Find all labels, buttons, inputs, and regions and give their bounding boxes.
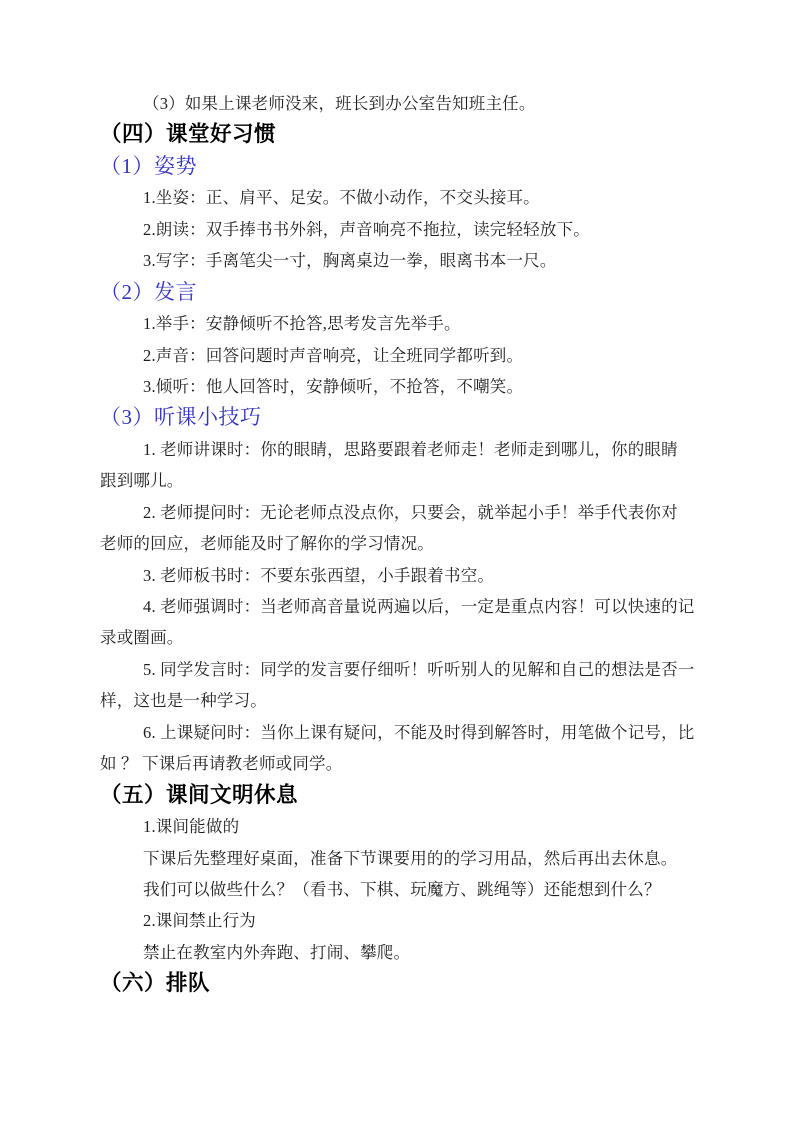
paragraph-line: 下课后先整理好桌面，准备下节课要用的的学习用品，然后再出去休息。	[100, 843, 700, 874]
paragraph-line: 5. 同学发言时：同学的发言要仔细听！听听别人的见解和自己的想法是否一	[100, 654, 700, 685]
section-heading: （五）课间文明休息	[100, 780, 700, 811]
paragraph-line: 2.声音：回答问题时声音响亮，让全班同学都听到。	[100, 340, 700, 371]
paragraph-line: 6. 上课疑问时：当你上课有疑问，不能及时得到解答时，用笔做个记号，比	[100, 717, 700, 748]
paragraph-line: 4. 老师强调时：当老师高音量说两遍以后，一定是重点内容！可以快速的记	[100, 591, 700, 622]
document-content: （3）如果上课老师没来，班长到办公室告知班主任。（四）课堂好习惯（1）姿势1.坐…	[100, 88, 700, 1000]
section-heading: （六）排队	[100, 968, 700, 999]
paragraph-line: 3. 老师板书时：不要东张西望，小手跟着书空。	[100, 560, 700, 591]
paragraph-line: 禁止在教室内外奔跑、打闹、攀爬。	[100, 937, 700, 968]
paragraph-line: 如 ？ 下课后再请教老师或同学。	[100, 748, 700, 779]
paragraph-line: 1.课间能做的	[100, 811, 700, 842]
paragraph-line: 样，这也是一种学习。	[100, 685, 700, 716]
paragraph-line: （3）如果上课老师没来，班长到办公室告知班主任。	[100, 88, 700, 119]
paragraph-line: 1.举手：安静倾听不抢答,思考发言先举手。	[100, 308, 700, 339]
paragraph-line: 2. 老师提问时：无论老师点没点你，只要会，就举起小手！举手代表你对	[100, 497, 700, 528]
paragraph-line: 1. 老师讲课时：你的眼睛，思路要跟着老师走！老师走到哪儿，你的眼睛	[100, 434, 700, 465]
paragraph-line: 老师的回应，老师能及时了解你的学习情况。	[100, 528, 700, 559]
paragraph-line: 录或圈画。	[100, 622, 700, 653]
subsection-heading: （1）姿势	[100, 151, 700, 182]
paragraph-line: 1.坐姿：正、肩平、足安。不做小动作，不交头接耳。	[100, 182, 700, 213]
paragraph-line: 我们可以做些什么？（看书、下棋、玩魔方、跳绳等）还能想到什么？	[100, 874, 700, 905]
subsection-heading: （2）发言	[100, 277, 700, 308]
paragraph-line: 3.倾听：他人回答时，安静倾听，不抢答，不嘲笑。	[100, 371, 700, 402]
paragraph-line: 2.课间禁止行为	[100, 905, 700, 936]
paragraph-line: 2.朗读：双手捧书书外斜，声音响亮不拖拉，读完轻轻放下。	[100, 214, 700, 245]
paragraph-line: 跟到哪儿。	[100, 465, 700, 496]
section-heading: （四）课堂好习惯	[100, 119, 700, 150]
subsection-heading: （3）听课小技巧	[100, 402, 700, 433]
paragraph-line: 3.写字：手离笔尖一寸，胸离桌边一拳，眼离书本一尺。	[100, 245, 700, 276]
document-page: （3）如果上课老师没来，班长到办公室告知班主任。（四）课堂好习惯（1）姿势1.坐…	[0, 0, 793, 1122]
